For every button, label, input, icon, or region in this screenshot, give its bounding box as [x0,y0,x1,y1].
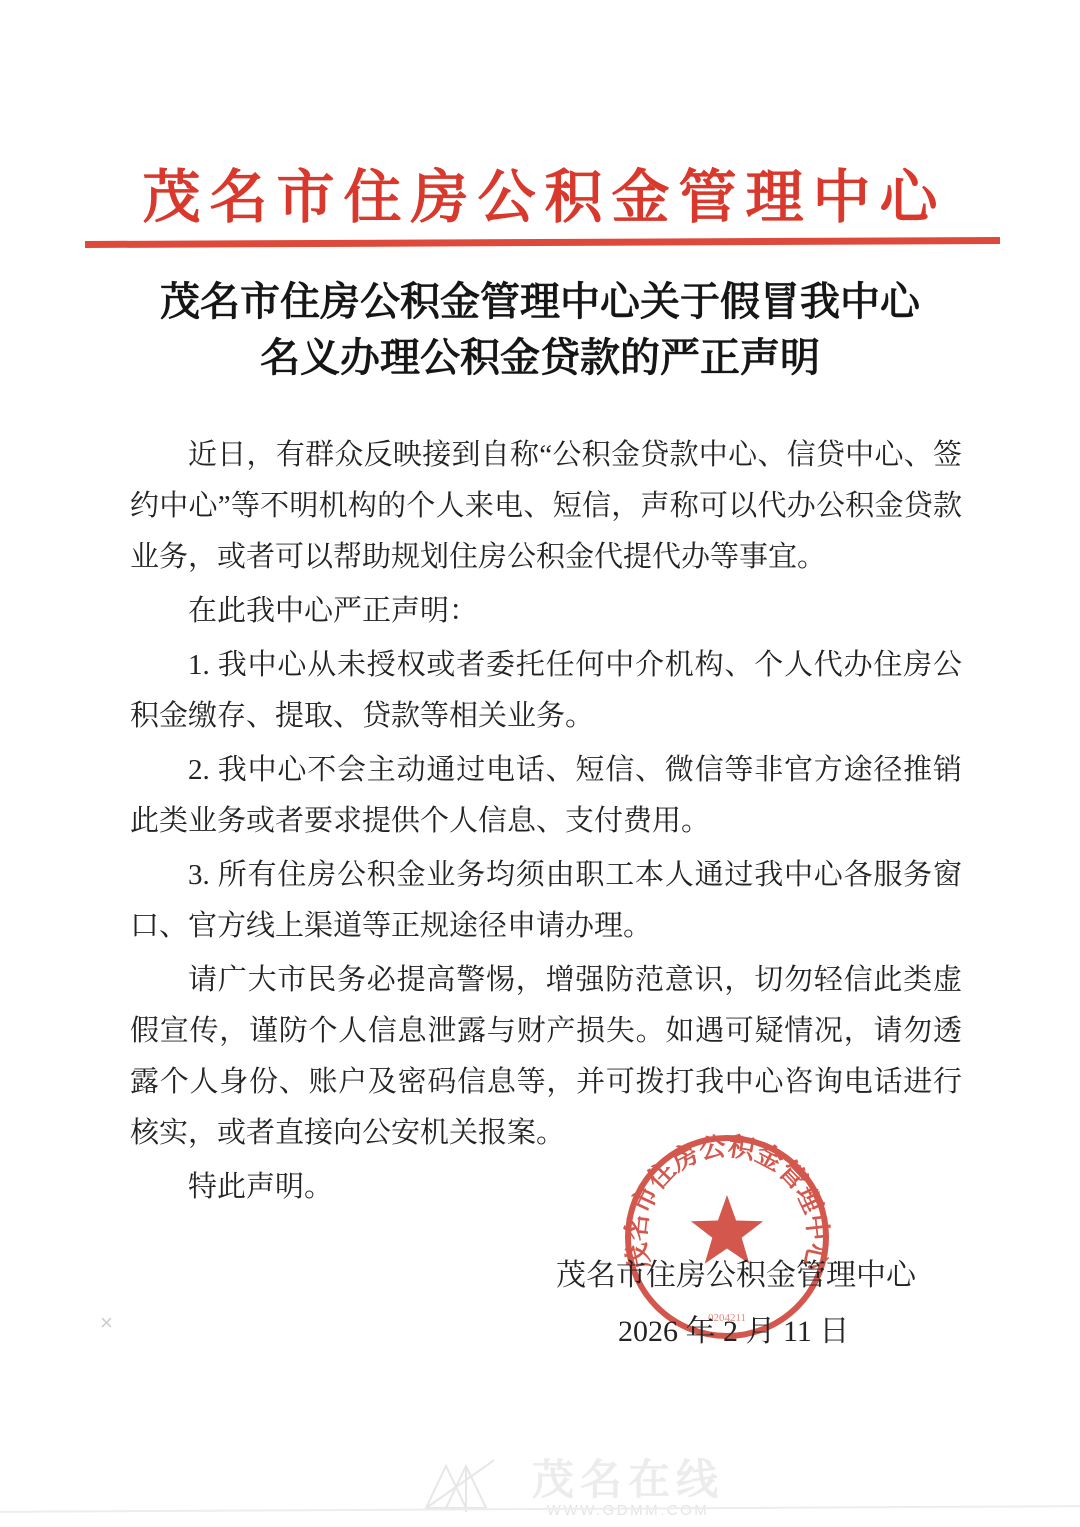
body-paragraph-intro: 近日，有群众反映接到自称“公积金贷款中心、信贷中心、签约中心”等不明机构的个人来… [130,430,962,583]
watermark-site-url: WWW.GDMM.COM [532,1502,724,1520]
signature-org-name: 茂名市住房公积金管理中心 [556,1250,916,1294]
document-title: 茂名市住房公积金管理中心关于假冒我中心 名义办理公积金贷款的严正声明 [0,274,1080,386]
body-paragraph-item-3: 3. 所有住房公积金业务均须由职工本人通过我中心各服务窗口、官方线上渠道等正规途… [130,850,962,952]
document-body: 近日，有群众反映接到自称“公积金贷款中心、信贷中心、签约中心”等不明机构的个人来… [130,430,962,1216]
body-paragraph-declaration: 在此我中心严正声明： [130,586,962,637]
watermark-site-name: 茂名在线 [532,1458,724,1502]
letterhead-divider [85,237,1000,248]
body-paragraph-item-1: 1. 我中心从未授权或者委托任何中介机构、个人代办住房公积金缴存、提取、贷款等相… [130,640,962,742]
letterhead-org-name: 茂名市住房公积金管理中心 [0,150,1080,234]
scan-artifact-mark: × [100,1310,113,1336]
signature-date: 2026 年 2 月 11 日 [618,1306,849,1350]
body-paragraph-item-2: 2. 我中心不会主动通过电话、短信、微信等非官方途径推销此类业务或者要求提供个人… [130,745,962,847]
watermark-text-block: 茂名在线 WWW.GDMM.COM [532,1458,724,1520]
document-title-line1: 茂名市住房公积金管理中心关于假冒我中心 [160,279,920,324]
site-watermark: 茂名在线 WWW.GDMM.COM [422,1458,724,1520]
document-page: 茂名市住房公积金管理中心 茂名市住房公积金管理中心关于假冒我中心 名义办理公积金… [0,0,1080,1527]
document-title-line2: 名义办理公积金贷款的严正声明 [260,335,820,380]
